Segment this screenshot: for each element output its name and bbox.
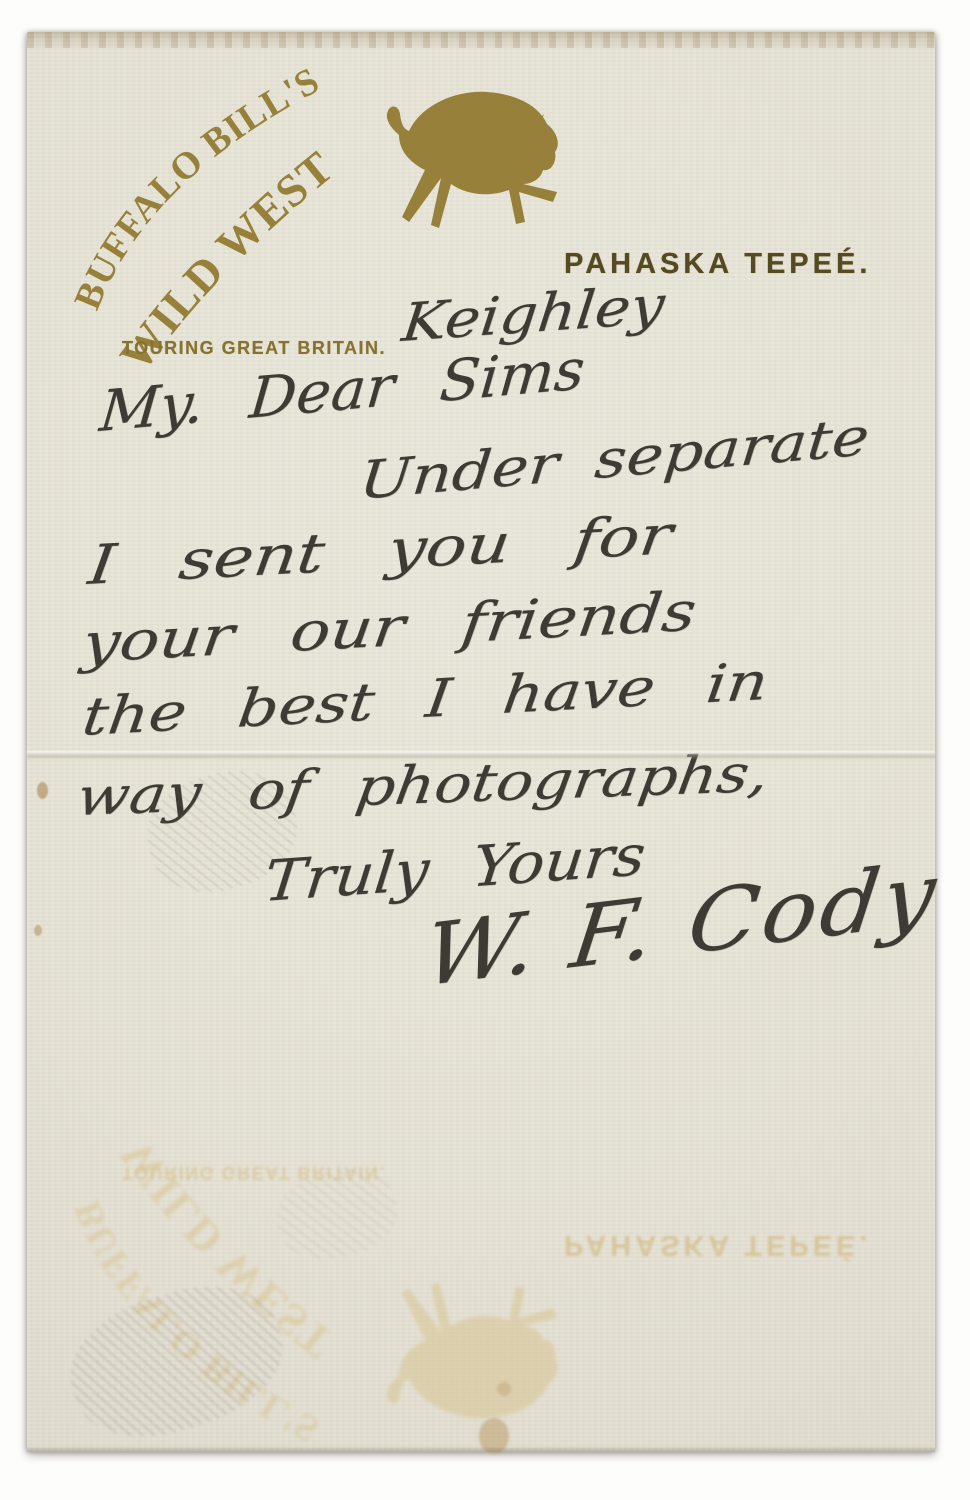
edge-stain [37, 782, 48, 799]
leaping-buffalo-ghost-icon [387, 1282, 558, 1418]
bleedthrough-logo: BUFFALO BILL'S WILD WEST [27, 1098, 935, 1478]
fold-crease [27, 751, 935, 760]
bottom-stain [479, 1418, 509, 1454]
handwritten-line-2: I sent you for [85, 503, 676, 597]
leaping-buffalo-icon [387, 92, 558, 228]
ghost-venue-title: PAHASKA TEPEÉ. [564, 1228, 871, 1261]
venue-title: PAHASKA TEPEÉ. [564, 248, 871, 281]
bottom-stain [497, 1382, 511, 1396]
letter-paper: BUFFALO BILL'S WILD WEST PAHASKA TEPEÉ. … [27, 32, 935, 1452]
tour-line: TOURING GREAT BRITAIN. [122, 338, 386, 359]
edge-stain [34, 925, 42, 936]
ghost-tour-line: TOURING GREAT BRITAIN. [122, 1162, 386, 1183]
